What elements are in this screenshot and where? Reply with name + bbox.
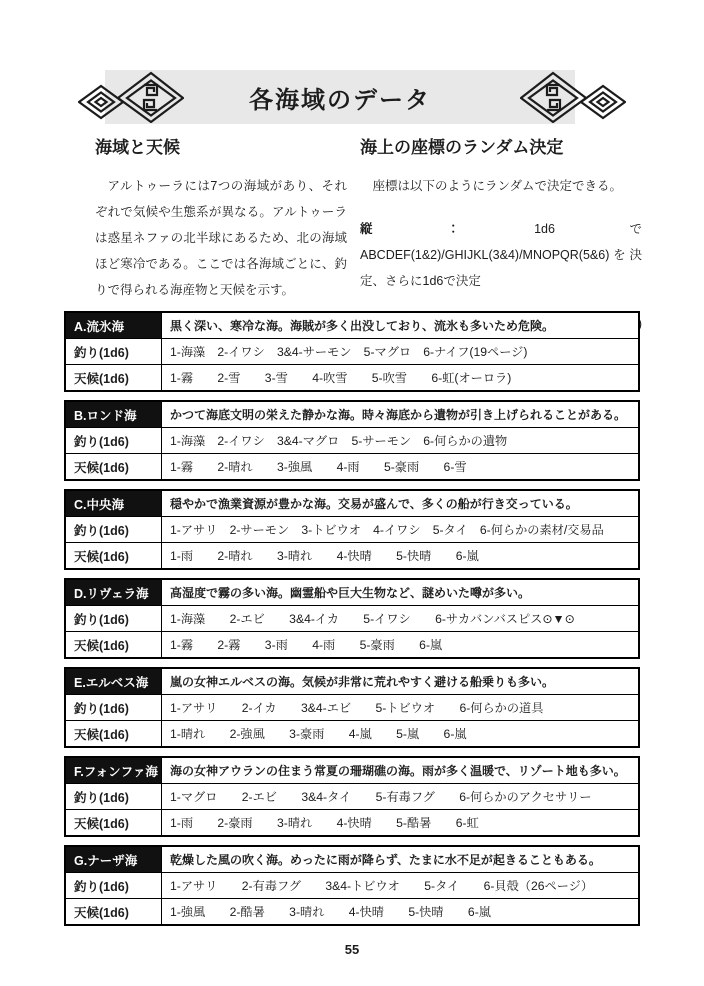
book-page: 各海域のデータ 海域と天候 アルトゥーラには7つの海域があり、それぞれで気候や生…	[0, 0, 704, 986]
weather-row-label: 天候(1d6)	[66, 543, 162, 568]
knot-ornament-left-icon	[78, 71, 184, 123]
section-sea-and-weather: 海域と天候 アルトゥーラには7つの海域があり、それぞれで気候や生態系が異なる。ア…	[95, 133, 347, 303]
fishing-row-label: 釣り(1d6)	[66, 695, 162, 720]
sea-weather-paragraph: アルトゥーラには7つの海域があり、それぞれで気候や生態系が異なる。アルトゥーラは…	[95, 173, 347, 303]
weather-row-label: 天候(1d6)	[66, 365, 162, 390]
sea-description: 穏やかで漁業資源が豊かな海。交易が盛んで、多くの船が行き交っている。	[162, 491, 638, 516]
weather-row-label: 天候(1d6)	[66, 810, 162, 835]
section-heading-coordinates: 海上の座標のランダム決定	[360, 133, 642, 158]
weather-results: 1-霧 2-晴れ 3-強風 4-雨 5-豪雨 6-雪	[162, 454, 638, 479]
sea-description: 高湿度で霧の多い海。幽霊船や巨大生物など、謎めいた噂が多い。	[162, 580, 638, 605]
weather-row-label: 天候(1d6)	[66, 454, 162, 479]
page-title: 各海域のデータ	[249, 80, 431, 115]
fishing-row-label: 釣り(1d6)	[66, 517, 162, 542]
sea-table-a: A.流氷海 黒く深い、寒冷な海。海賊が多く出没しており、流氷も多いため危険。 釣…	[64, 311, 640, 392]
fishing-row-label: 釣り(1d6)	[66, 339, 162, 364]
fishing-row-label: 釣り(1d6)	[66, 428, 162, 453]
fishing-row-label: 釣り(1d6)	[66, 873, 162, 898]
weather-row: 天候(1d6) 1-強風 2-酷暑 3-晴れ 4-快晴 5-快晴 6-嵐	[66, 898, 638, 924]
page-number: 55	[0, 942, 704, 957]
sea-table-d: D.リヴェラ海 高湿度で霧の多い海。幽霊船や巨大生物など、謎めいた噂が多い。 釣…	[64, 578, 640, 659]
weather-row-label: 天候(1d6)	[66, 721, 162, 746]
fishing-row: 釣り(1d6) 1-マグロ 2-エビ 3&4-タイ 5-有毒フグ 6-何らかのア…	[66, 783, 638, 809]
sea-name: F.フォンファ海	[66, 758, 162, 783]
weather-results: 1-霧 2-霧 3-雨 4-雨 5-豪雨 6-嵐	[162, 632, 638, 657]
weather-results: 1-霧 2-雪 3-雪 4-吹雪 5-吹雪 6-虹(オーロラ)	[162, 365, 638, 390]
sea-description: 乾燥した風の吹く海。めったに雨が降らず、たまに水不足が起きることもある。	[162, 847, 638, 872]
fishing-row: 釣り(1d6) 1-アサリ 2-サーモン 3-トビウオ 4-イワシ 5-タイ 6…	[66, 516, 638, 542]
weather-row: 天候(1d6) 1-霧 2-霧 3-雨 4-雨 5-豪雨 6-嵐	[66, 631, 638, 657]
fishing-results: 1-アサリ 2-有毒フグ 3&4-トビウオ 5-タイ 6-貝殻（26ページ）	[162, 873, 638, 898]
weather-row-label: 天候(1d6)	[66, 899, 162, 924]
fishing-results: 1-海藻 2-イワシ 3&4-サーモン 5-マグロ 6-ナイフ(19ページ)	[162, 339, 638, 364]
fishing-row: 釣り(1d6) 1-アサリ 2-イカ 3&4-エビ 5-トビウオ 6-何らかの道…	[66, 694, 638, 720]
table-header-row: B.ロンド海 かつて海底文明の栄えた静かな海。時々海底から遺物が引き上げられるこ…	[66, 402, 638, 427]
fishing-row: 釣り(1d6) 1-海藻 2-エビ 3&4-イカ 5-イワシ 6-サカバンバスピ…	[66, 605, 638, 631]
fishing-row: 釣り(1d6) 1-海藻 2-イワシ 3&4-マグロ 5-サーモン 6-何らかの…	[66, 427, 638, 453]
table-header-row: D.リヴェラ海 高湿度で霧の多い海。幽霊船や巨大生物など、謎めいた噂が多い。	[66, 580, 638, 605]
weather-row: 天候(1d6) 1-雨 2-豪雨 3-晴れ 4-快晴 5-酷暑 6-虹	[66, 809, 638, 835]
sea-description: 海の女神アウランの住まう常夏の珊瑚礁の海。雨が多く温暖で、リゾート地も多い。	[162, 758, 638, 783]
sea-tables: A.流氷海 黒く深い、寒冷な海。海賊が多く出没しており、流氷も多いため危険。 釣…	[64, 311, 640, 934]
vertical-label: 縦：	[360, 222, 534, 236]
sea-description: かつて海底文明の栄えた静かな海。時々海底から遺物が引き上げられることがある。	[162, 402, 638, 427]
fishing-row-label: 釣り(1d6)	[66, 784, 162, 809]
sea-description: 黒く深い、寒冷な海。海賊が多く出没しており、流氷も多いため危険。	[162, 313, 638, 338]
weather-row: 天候(1d6) 1-霧 2-雪 3-雪 4-吹雪 5-吹雪 6-虹(オーロラ)	[66, 364, 638, 390]
fishing-results: 1-アサリ 2-サーモン 3-トビウオ 4-イワシ 5-タイ 6-何らかの素材/…	[162, 517, 638, 542]
weather-results: 1-雨 2-豪雨 3-晴れ 4-快晴 5-酷暑 6-虹	[162, 810, 638, 835]
fishing-results: 1-アサリ 2-イカ 3&4-エビ 5-トビウオ 6-何らかの道具	[162, 695, 638, 720]
sea-table-g: G.ナーザ海 乾燥した風の吹く海。めったに雨が降らず、たまに水不足が起きることも…	[64, 845, 640, 926]
weather-row-label: 天候(1d6)	[66, 632, 162, 657]
coordinates-vertical-rule: 縦：1d6でABCDEF(1&2)/GHIJKL(3&4)/MNOPQR(5&6…	[360, 216, 642, 294]
table-header-row: E.エルベス海 嵐の女神エルベスの海。気候が非常に荒れやすく避ける船乗りも多い。	[66, 669, 638, 694]
sea-table-c: C.中央海 穏やかで漁業資源が豊かな海。交易が盛んで、多くの船が行き交っている。…	[64, 489, 640, 570]
table-header-row: G.ナーザ海 乾燥した風の吹く海。めったに雨が降らず、たまに水不足が起きることも…	[66, 847, 638, 872]
knot-ornament-right-icon	[520, 71, 626, 123]
table-header-row: C.中央海 穏やかで漁業資源が豊かな海。交易が盛んで、多くの船が行き交っている。	[66, 491, 638, 516]
sea-name: E.エルベス海	[66, 669, 162, 694]
weather-row: 天候(1d6) 1-雨 2-晴れ 3-晴れ 4-快晴 5-快晴 6-嵐	[66, 542, 638, 568]
sea-table-f: F.フォンファ海 海の女神アウランの住まう常夏の珊瑚礁の海。雨が多く温暖で、リゾ…	[64, 756, 640, 837]
fishing-results: 1-海藻 2-エビ 3&4-イカ 5-イワシ 6-サカバンバスピス⊙▼⊙	[162, 606, 638, 631]
weather-results: 1-雨 2-晴れ 3-晴れ 4-快晴 5-快晴 6-嵐	[162, 543, 638, 568]
section-heading-sea-weather: 海域と天候	[95, 133, 347, 158]
sea-name: C.中央海	[66, 491, 162, 516]
fishing-row: 釣り(1d6) 1-アサリ 2-有毒フグ 3&4-トビウオ 5-タイ 6-貝殻（…	[66, 872, 638, 898]
coordinates-intro: 座標は以下のようにランダムで決定できる。	[360, 173, 642, 199]
table-header-row: A.流氷海 黒く深い、寒冷な海。海賊が多く出没しており、流氷も多いため危険。	[66, 313, 638, 338]
sea-name: B.ロンド海	[66, 402, 162, 427]
fishing-results: 1-海藻 2-イワシ 3&4-マグロ 5-サーモン 6-何らかの遺物	[162, 428, 638, 453]
fishing-results: 1-マグロ 2-エビ 3&4-タイ 5-有毒フグ 6-何らかのアクセサリー	[162, 784, 638, 809]
sea-name: G.ナーザ海	[66, 847, 162, 872]
sea-table-e: E.エルベス海 嵐の女神エルベスの海。気候が非常に荒れやすく避ける船乗りも多い。…	[64, 667, 640, 748]
table-header-row: F.フォンファ海 海の女神アウランの住まう常夏の珊瑚礁の海。雨が多く温暖で、リゾ…	[66, 758, 638, 783]
weather-row: 天候(1d6) 1-晴れ 2-強風 3-豪雨 4-嵐 5-嵐 6-嵐	[66, 720, 638, 746]
sea-table-b: B.ロンド海 かつて海底文明の栄えた静かな海。時々海底から遺物が引き上げられるこ…	[64, 400, 640, 481]
sea-description: 嵐の女神エルベスの海。気候が非常に荒れやすく避ける船乗りも多い。	[162, 669, 638, 694]
weather-results: 1-強風 2-酷暑 3-晴れ 4-快晴 5-快晴 6-嵐	[162, 899, 638, 924]
sea-name: D.リヴェラ海	[66, 580, 162, 605]
fishing-row: 釣り(1d6) 1-海藻 2-イワシ 3&4-サーモン 5-マグロ 6-ナイフ(…	[66, 338, 638, 364]
weather-row: 天候(1d6) 1-霧 2-晴れ 3-強風 4-雨 5-豪雨 6-雪	[66, 453, 638, 479]
weather-results: 1-晴れ 2-強風 3-豪雨 4-嵐 5-嵐 6-嵐	[162, 721, 638, 746]
fishing-row-label: 釣り(1d6)	[66, 606, 162, 631]
sea-name: A.流氷海	[66, 313, 162, 338]
